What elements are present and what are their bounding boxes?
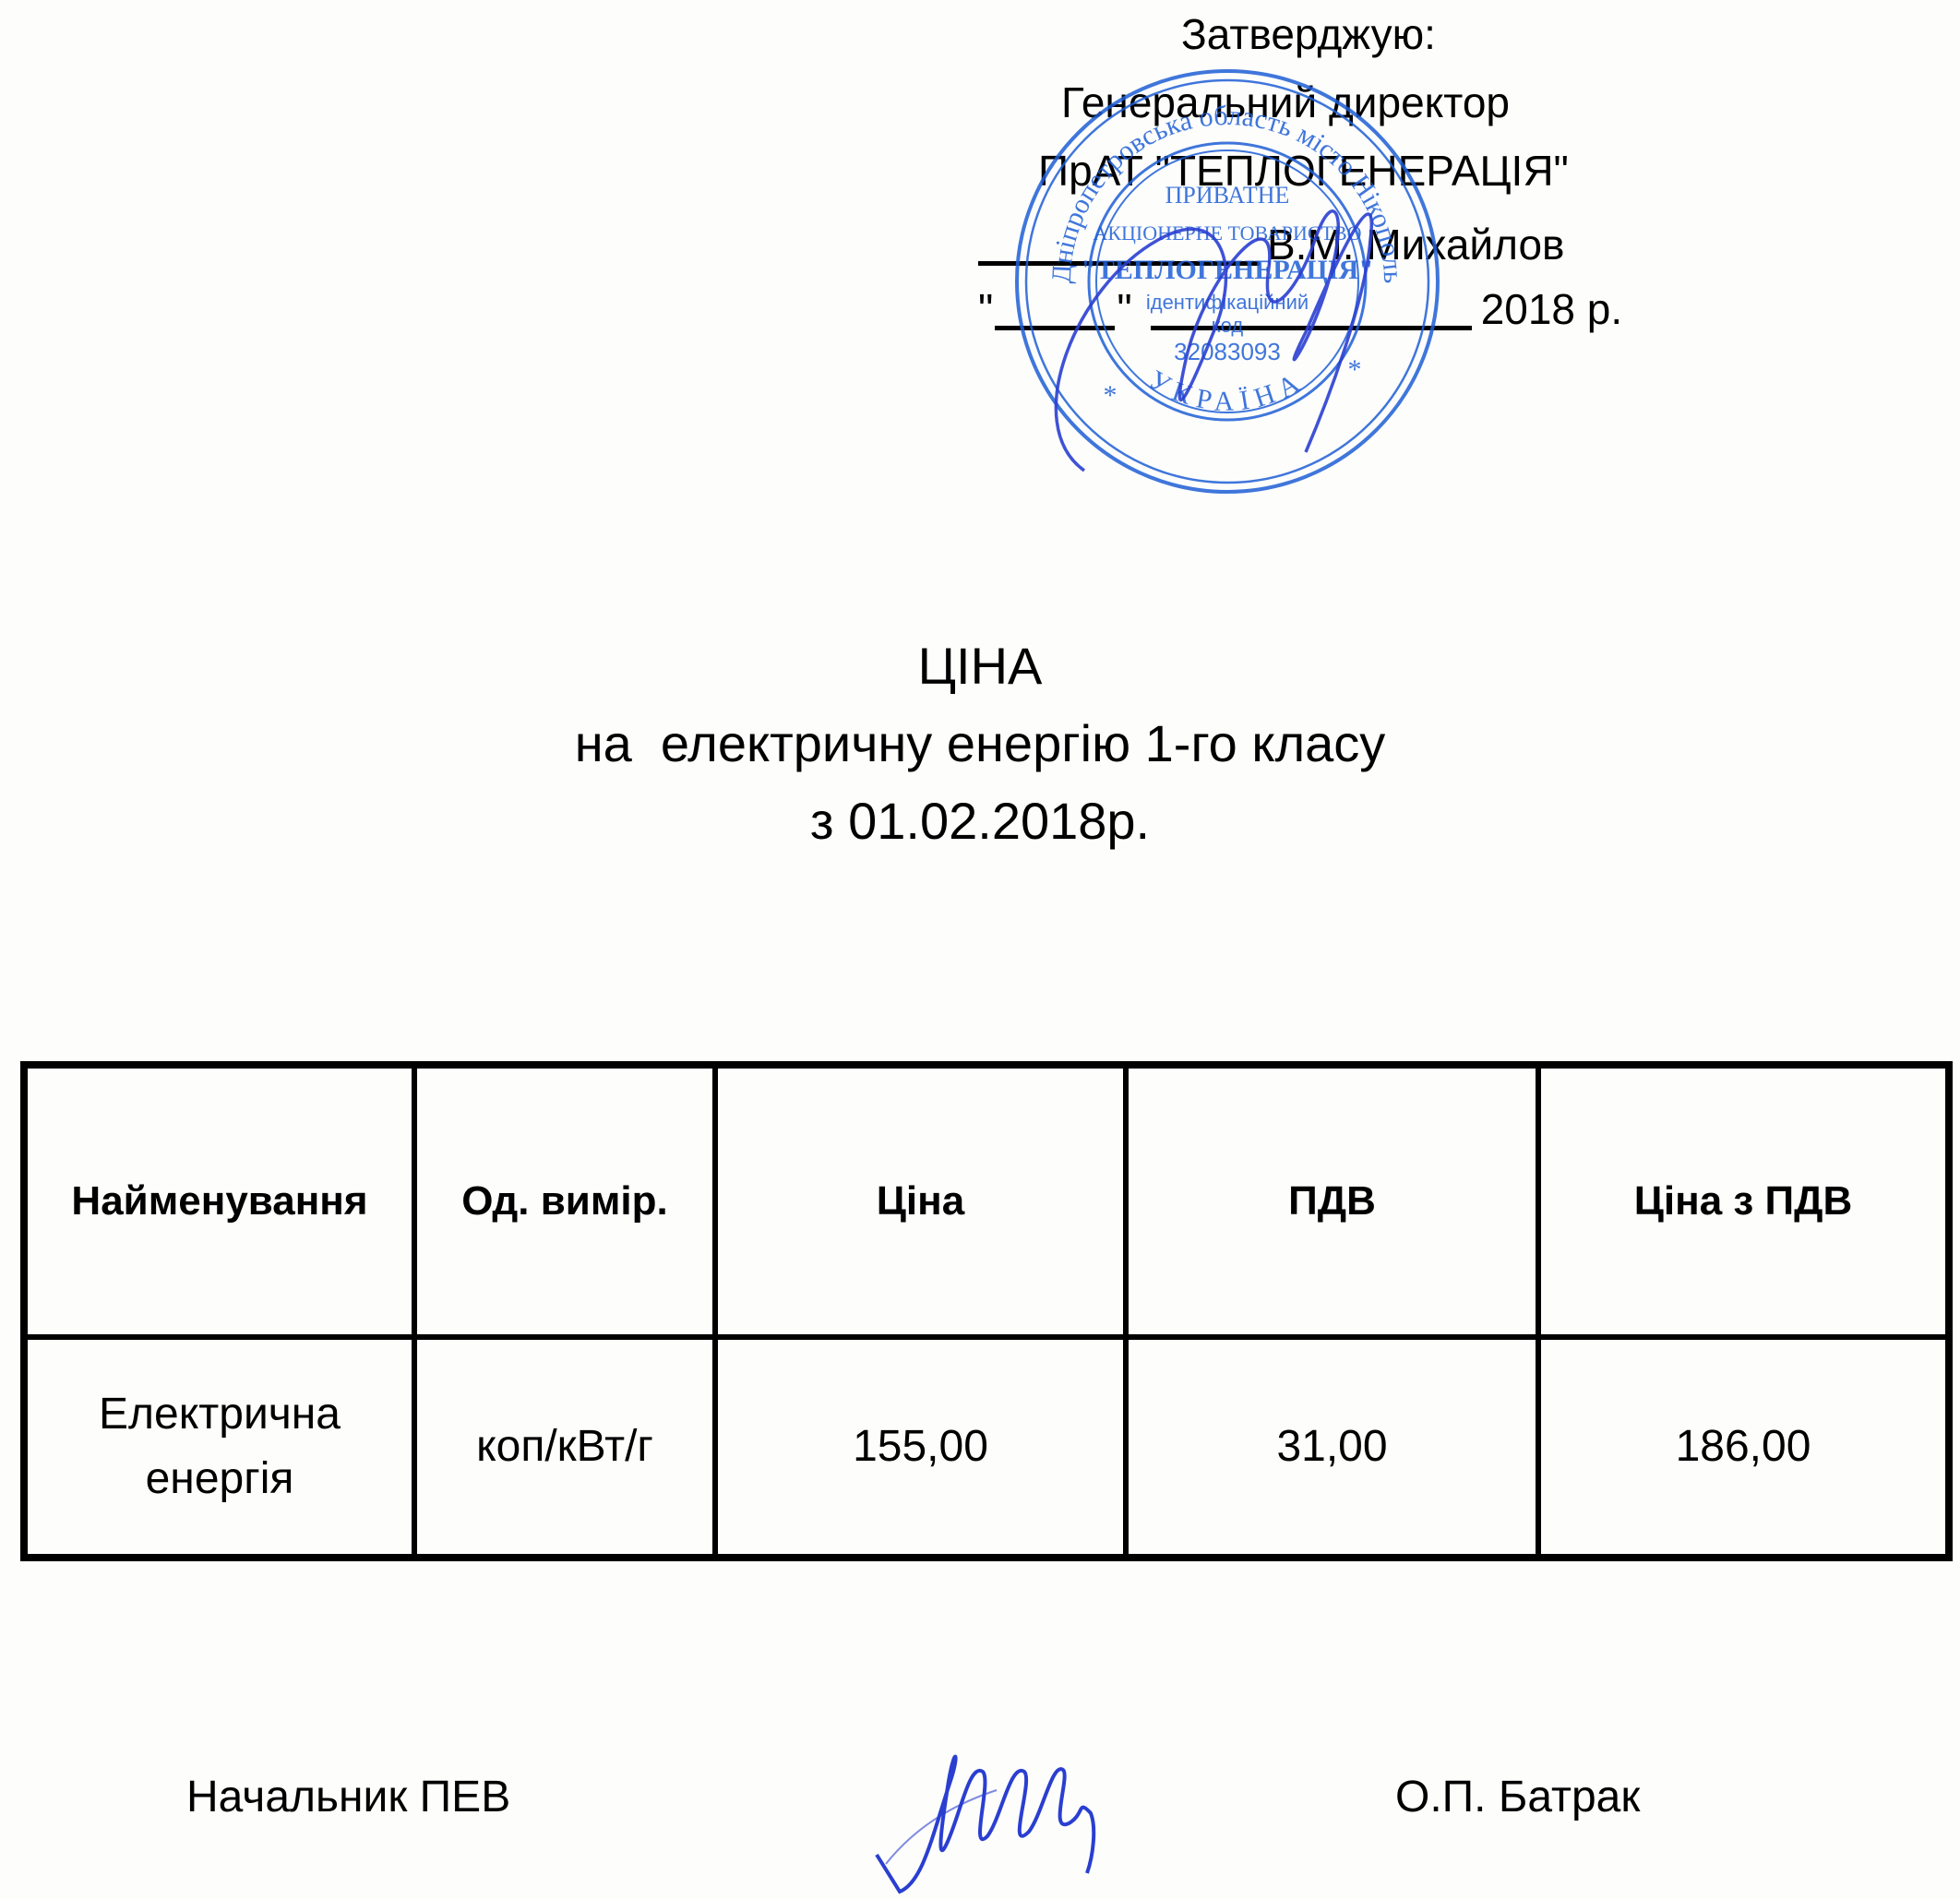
cell-name-line1: Електрична bbox=[37, 1382, 402, 1447]
svg-text:ПРИВАТНЕ: ПРИВАТНЕ bbox=[1165, 182, 1290, 209]
cell-unit: коп/кВт/г bbox=[414, 1337, 715, 1558]
price-table: Найменування Од. вимір. Ціна ПДВ Ціна з … bbox=[20, 1061, 1953, 1561]
header-unit: Од. вимір. bbox=[414, 1065, 715, 1337]
title-subheading: на електричну енергію 1-го класу bbox=[0, 705, 1960, 782]
stamp-icon: Дніпропетровська область місто Нікополь … bbox=[1001, 55, 1453, 508]
table-header-row: Найменування Од. вимір. Ціна ПДВ Ціна з … bbox=[24, 1065, 1949, 1337]
cell-price: 155,00 bbox=[715, 1337, 1126, 1558]
title-effective-date: з 01.02.2018р. bbox=[0, 782, 1960, 860]
cell-name-line2: енергія bbox=[37, 1447, 402, 1511]
quote-open: " bbox=[978, 285, 993, 333]
cell-name: Електрична енергія bbox=[24, 1337, 414, 1558]
handwritten-signature-icon bbox=[849, 1726, 1144, 1899]
approval-year: 2018 р. bbox=[1481, 285, 1622, 333]
cell-price-with-vat: 186,00 bbox=[1538, 1337, 1949, 1558]
document-title: ЦІНА на електричну енергію 1-го класу з … bbox=[0, 627, 1960, 860]
header-vat: ПДВ bbox=[1126, 1065, 1538, 1337]
header-price: Ціна bbox=[715, 1065, 1126, 1337]
cell-vat: 31,00 bbox=[1126, 1337, 1538, 1558]
svg-text:*: * bbox=[1104, 380, 1117, 411]
table-row: Електрична енергія коп/кВт/г 155,00 31,0… bbox=[24, 1337, 1949, 1558]
title-heading: ЦІНА bbox=[0, 627, 1960, 705]
header-price-with-vat: Ціна з ПДВ bbox=[1538, 1065, 1949, 1337]
company-stamp: Дніпропетровська область місто Нікополь … bbox=[1001, 55, 1453, 508]
footer-name: О.П. Батрак bbox=[1395, 1772, 1640, 1822]
svg-text:*: * bbox=[1348, 354, 1362, 385]
svg-text:УКРАЇНА: УКРАЇНА bbox=[1143, 364, 1310, 417]
approve-label: Затверджую: bbox=[1181, 13, 1436, 55]
footer-position: Начальник ПЕВ bbox=[186, 1772, 510, 1822]
header-name: Найменування bbox=[24, 1065, 414, 1337]
